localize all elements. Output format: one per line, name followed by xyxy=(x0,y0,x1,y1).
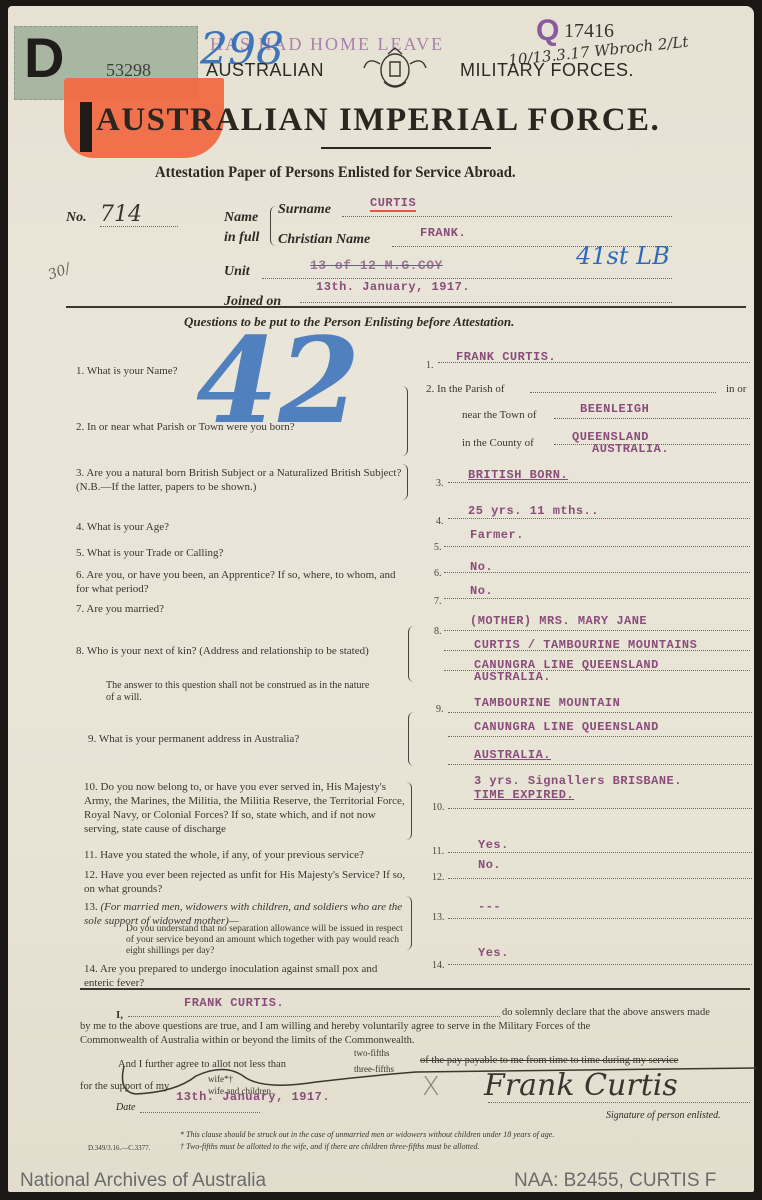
answer-10-line1: 3 yrs. Signallers BRISBANE. xyxy=(474,774,682,788)
support-text: for the support of my xyxy=(80,1080,169,1094)
unit-handwritten: 41st LB xyxy=(576,242,670,270)
question-13-detail: Do you understand that no separation all… xyxy=(126,924,406,957)
answer-2-town: BEENLEIGH xyxy=(580,402,649,416)
regimental-number: 714 xyxy=(100,202,142,227)
question-12: 12. Have you ever been rejected as unfit… xyxy=(84,868,406,896)
answer-2-parish-label: 2. In the Parish of xyxy=(426,382,505,396)
question-11: 11. Have you stated the whole, if any, o… xyxy=(84,848,364,862)
answer-2-county-label: in the County of xyxy=(462,436,534,450)
answer-9-line1: TAMBOURINE MOUNTAIN xyxy=(474,696,620,710)
answer-9-line3: AUSTRALIA. xyxy=(474,748,551,762)
answer-12-rule xyxy=(448,878,752,879)
subtitle: Attestation Paper of Persons Enlisted fo… xyxy=(155,164,516,182)
signature: Frank Curtis xyxy=(484,1068,678,1103)
archive-reference: NAA: B2455, CURTIS F xyxy=(514,1170,716,1192)
surname-value: CURTIS xyxy=(370,196,416,212)
joined-on-value: 13th. January, 1917. xyxy=(316,280,470,294)
signature-label: Signature of person enlisted. xyxy=(606,1110,721,1121)
answer-9-line2: CANUNGRA LINE QUEENSLAND xyxy=(474,720,659,734)
answer-12-num: 12. xyxy=(432,872,445,883)
answer-10-rule xyxy=(448,808,752,809)
question-1: 1. What is your Name? xyxy=(76,364,178,378)
unit-line xyxy=(262,278,672,279)
answer-7-num: 7. xyxy=(434,596,442,607)
surname-label: Surname xyxy=(278,202,331,218)
question-9: 9. What is your permanent address in Aus… xyxy=(88,732,299,746)
answer-1-num: 1. xyxy=(426,360,434,371)
question-8-brace xyxy=(408,626,414,682)
question-7: 7. Are you married? xyxy=(76,602,164,616)
unit-struck-value: 13 of 12 M.G.COY xyxy=(310,258,443,273)
margin-note: 30/ xyxy=(46,261,73,284)
declaration-name-line xyxy=(128,1016,500,1017)
question-13-brace xyxy=(406,896,412,950)
red-patch-bar xyxy=(80,102,92,152)
declaration-date-value: 13th. January, 1917. xyxy=(176,1090,330,1104)
question-8: 8. Who is your next of kin? (Address and… xyxy=(76,644,402,658)
question-14: 14. Are you prepared to undergo inoculat… xyxy=(84,962,406,990)
no-line xyxy=(100,226,178,227)
question-6: 6. Are you, or have you been, an Apprent… xyxy=(76,568,402,596)
q-number: 17416 xyxy=(564,20,614,43)
answer-5-num: 5. xyxy=(434,542,442,553)
archive-name: National Archives of Australia xyxy=(20,1170,266,1192)
question-8-note: The answer to this question shall not be… xyxy=(106,680,376,704)
d-letter: D xyxy=(24,28,64,88)
surname-line xyxy=(342,216,672,217)
answer-13-num: 13. xyxy=(432,912,445,923)
date-label: Date xyxy=(116,1102,135,1113)
section-divider xyxy=(66,306,746,308)
answer-8-rule3 xyxy=(444,670,750,671)
signature-mark: X xyxy=(422,1072,440,1102)
no-label: No. xyxy=(66,210,87,226)
question-4: 4. What is your Age? xyxy=(76,520,169,534)
answer-9-rule2 xyxy=(448,736,752,737)
answer-12: No. xyxy=(478,858,501,872)
title-underline xyxy=(321,147,491,149)
answer-8-rule2 xyxy=(444,650,750,651)
answer-8-line1: (MOTHER) MRS. MARY JANE xyxy=(470,614,647,628)
footnote-2: † Two-fifths must be allotted to the wif… xyxy=(180,1142,480,1151)
answer-14-rule xyxy=(448,964,752,965)
answer-10-line2: TIME EXPIRED. xyxy=(474,788,574,802)
answer-2-town-label: near the Town of xyxy=(462,408,536,422)
footnote-1: * This clause should be struck out in th… xyxy=(180,1130,554,1139)
answer-6-num: 6. xyxy=(434,568,442,579)
answer-2-town-line xyxy=(554,418,750,419)
answer-3-num: 3. xyxy=(436,478,444,489)
answer-8-rule1 xyxy=(444,630,750,631)
answer-9-rule3 xyxy=(448,764,752,765)
answer-2-county-line xyxy=(554,444,750,445)
in-full-label: in full xyxy=(224,230,259,246)
christian-name-label: Christian Name xyxy=(278,232,370,248)
answer-3-line xyxy=(448,482,750,483)
answer-6-line xyxy=(444,572,750,573)
question-2: 2. In or near what Parish or Town were y… xyxy=(76,420,295,434)
answer-11: Yes. xyxy=(478,838,509,852)
joined-on-line xyxy=(300,302,672,303)
crest-icon xyxy=(360,46,430,92)
answer-14-num: 14. xyxy=(432,960,445,971)
question-9-brace xyxy=(408,712,414,766)
answer-14: Yes. xyxy=(478,946,509,960)
name-label: Name xyxy=(224,210,258,226)
answer-3: BRITISH BORN. xyxy=(468,468,568,482)
attestation-paper: D 53298 HAS HAD HOME LEAVE 298 Q 17416 1… xyxy=(8,6,754,1192)
christian-name-value: FRANK. xyxy=(420,226,466,240)
answer-4: 25 yrs. 11 mths.. xyxy=(468,504,599,518)
answer-9-rule1 xyxy=(448,712,752,713)
question-10-brace xyxy=(406,782,412,840)
declaration-text-2: by me to the above questions are true, a… xyxy=(80,1020,590,1034)
answer-13: --- xyxy=(478,900,501,914)
question-10: 10. Do you now belong to, or have you ev… xyxy=(84,780,406,836)
signature-line xyxy=(488,1102,750,1103)
q-stamp-letter: Q xyxy=(536,14,559,48)
question-3-brace xyxy=(402,464,408,500)
answer-7-line xyxy=(444,598,750,599)
answer-2-parish-line xyxy=(530,392,716,393)
form-code: D.349/3.16.—C.3377. xyxy=(88,1144,150,1152)
answer-8-num: 8. xyxy=(434,626,442,637)
answer-4-line xyxy=(448,518,750,519)
header-military-forces: MILITARY FORCES. xyxy=(460,60,634,81)
question-2-brace xyxy=(402,386,408,456)
declaration-divider xyxy=(80,988,750,990)
answer-10-num: 10. xyxy=(432,802,445,813)
unit-label: Unit xyxy=(224,264,250,280)
question-3: 3. Are you a natural born British Subjec… xyxy=(76,466,402,494)
page-title: AUSTRALIAN IMPERIAL FORCE. xyxy=(96,102,660,139)
answer-9-num: 9. xyxy=(436,704,444,715)
answer-8-line4: AUSTRALIA. xyxy=(474,670,551,684)
name-brace xyxy=(270,206,276,246)
answer-1-line xyxy=(438,362,750,363)
declaration-text-1: do solemnly declare that the above answe… xyxy=(502,1006,710,1020)
date-line xyxy=(140,1112,260,1113)
answer-11-num: 11. xyxy=(432,846,444,857)
declaration-name: FRANK CURTIS. xyxy=(184,996,284,1010)
answer-2-in-or: in or xyxy=(726,382,746,396)
answer-7: No. xyxy=(470,584,493,598)
answer-13-rule xyxy=(448,918,752,919)
header-australian: AUSTRALIAN xyxy=(206,60,324,81)
answer-5: Farmer. xyxy=(470,528,524,542)
answer-11-rule xyxy=(448,852,752,853)
question-5: 5. What is your Trade or Calling? xyxy=(76,546,223,560)
answer-4-num: 4. xyxy=(436,516,444,527)
answer-5-line xyxy=(444,546,750,547)
